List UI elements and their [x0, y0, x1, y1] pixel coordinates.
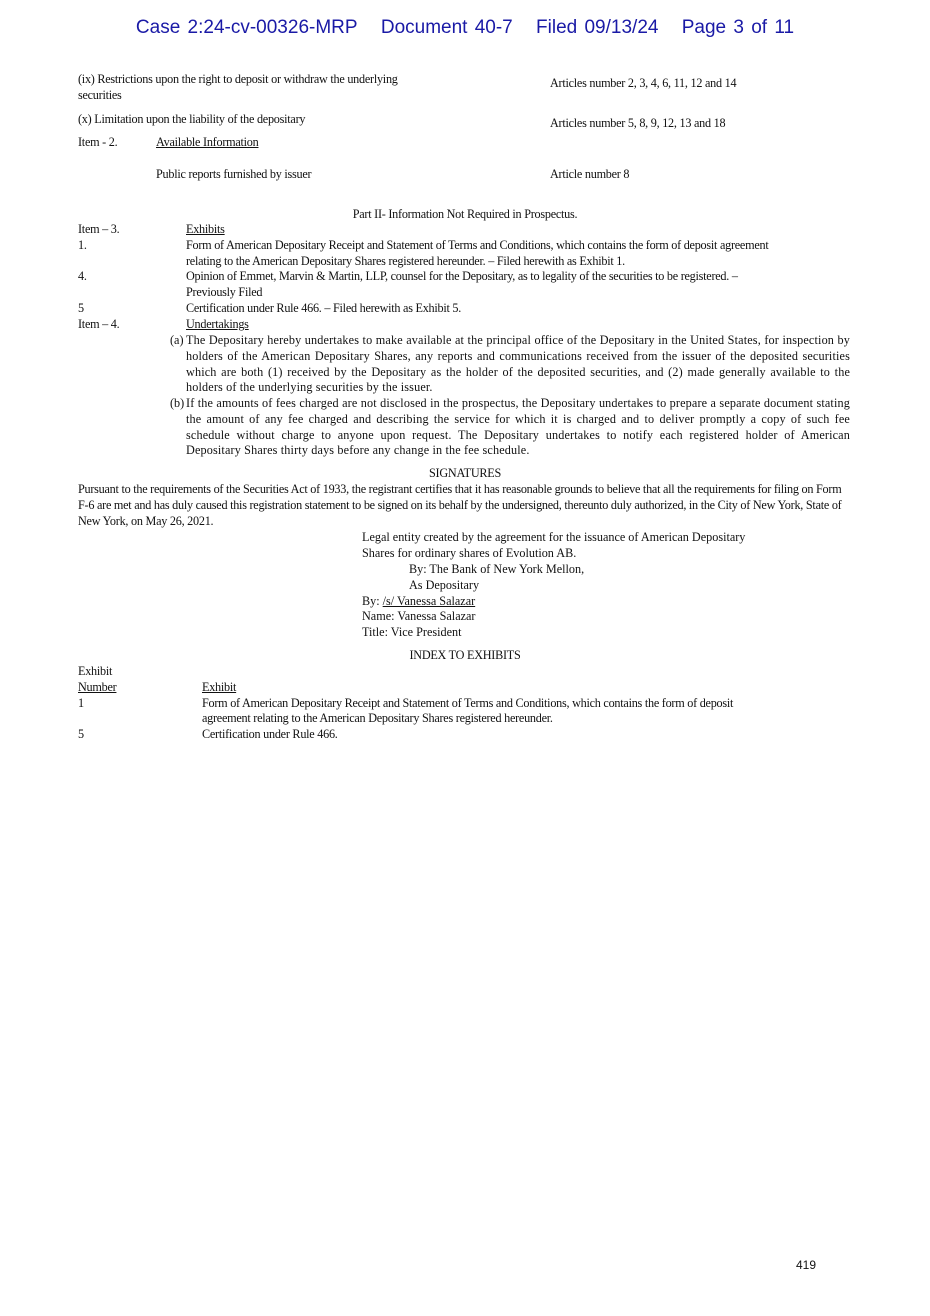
item1-row-ix-label-cont: securities	[78, 88, 122, 104]
item2-row-label: Public reports furnished by issuer	[156, 167, 311, 183]
item4-number: Item – 4.	[78, 317, 119, 333]
exhibit-4-line1: Opinion of Emmet, Marvin & Martin, LLP, …	[186, 269, 738, 285]
as-depositary: As Depositary	[409, 578, 479, 594]
exhibit-5-number: 5	[78, 301, 84, 317]
index-col1-header: Number	[78, 680, 116, 696]
entity-line1: Legal entity created by the agreement fo…	[362, 530, 745, 546]
item4-title: Undertakings	[186, 317, 249, 333]
item3-number: Item – 3.	[78, 222, 119, 238]
index-row-1-line1: Form of American Depositary Receipt and …	[202, 696, 733, 712]
item1-row-ix-ref: Articles number 2, 3, 4, 6, 11, 12 and 1…	[550, 76, 736, 92]
exhibit-5-line1: Certification under Rule 466. – Filed he…	[186, 301, 461, 317]
signature-line: By: /s/ Vanessa Salazar	[362, 594, 475, 610]
filed-date: Filed 09/13/24	[536, 17, 658, 38]
exhibit-1-number: 1.	[78, 238, 87, 254]
undertaking-a-text: The Depositary hereby undertakes to make…	[186, 333, 850, 396]
undertaking-b-label: (b)	[170, 396, 184, 412]
index-row-5-line1: Certification under Rule 466.	[202, 727, 338, 743]
page-indicator: Page 3 of 11	[682, 17, 794, 38]
index-col2-header: Exhibit	[202, 680, 236, 696]
signatures-paragraph: Pursuant to the requirements of the Secu…	[78, 482, 853, 529]
item1-row-x-ref: Articles number 5, 8, 9, 12, 13 and 18	[550, 116, 725, 132]
index-row-1-number: 1	[78, 696, 84, 712]
signature: /s/ Vanessa Salazar	[383, 594, 476, 608]
item1-row-x-label: (x) Limitation upon the liability of the…	[78, 112, 305, 128]
item2-number: Item - 2.	[78, 135, 117, 151]
page-number: 419	[796, 1258, 816, 1274]
item2-row-ref: Article number 8	[550, 167, 629, 183]
exhibit-4-line2: Previously Filed	[186, 285, 262, 301]
document-number: Document 40-7	[381, 17, 513, 38]
item2-title: Available Information	[156, 135, 258, 151]
undertaking-b-text: If the amounts of fees charged are not d…	[186, 396, 850, 459]
case-number: Case 2:24-cv-00326-MRP	[136, 17, 358, 38]
by-bank: By: The Bank of New York Mellon,	[409, 562, 584, 578]
signature-by-prefix: By:	[362, 594, 383, 608]
signer-name: Name: Vanessa Salazar	[362, 609, 475, 625]
item1-row-ix-label: (ix) Restrictions upon the right to depo…	[78, 72, 398, 88]
index-col1-top: Exhibit	[78, 664, 112, 680]
case-header: Case 2:24-cv-00326-MRP Document 40-7 Fil…	[0, 16, 930, 40]
signatures-heading: SIGNATURES	[0, 466, 930, 482]
index-row-1-line2: agreement relating to the American Depos…	[202, 711, 553, 727]
index-heading: INDEX TO EXHIBITS	[0, 648, 930, 664]
part2-heading: Part II- Information Not Required in Pro…	[0, 207, 930, 223]
signer-title: Title: Vice President	[362, 625, 461, 641]
exhibit-1-line1: Form of American Depositary Receipt and …	[186, 238, 768, 254]
entity-line2: Shares for ordinary shares of Evolution …	[362, 546, 576, 562]
item3-title: Exhibits	[186, 222, 225, 238]
undertaking-a-label: (a)	[170, 333, 184, 349]
index-row-5-number: 5	[78, 727, 84, 743]
exhibit-4-number: 4.	[78, 269, 87, 285]
exhibit-1-line2: relating to the American Depositary Shar…	[186, 254, 625, 270]
